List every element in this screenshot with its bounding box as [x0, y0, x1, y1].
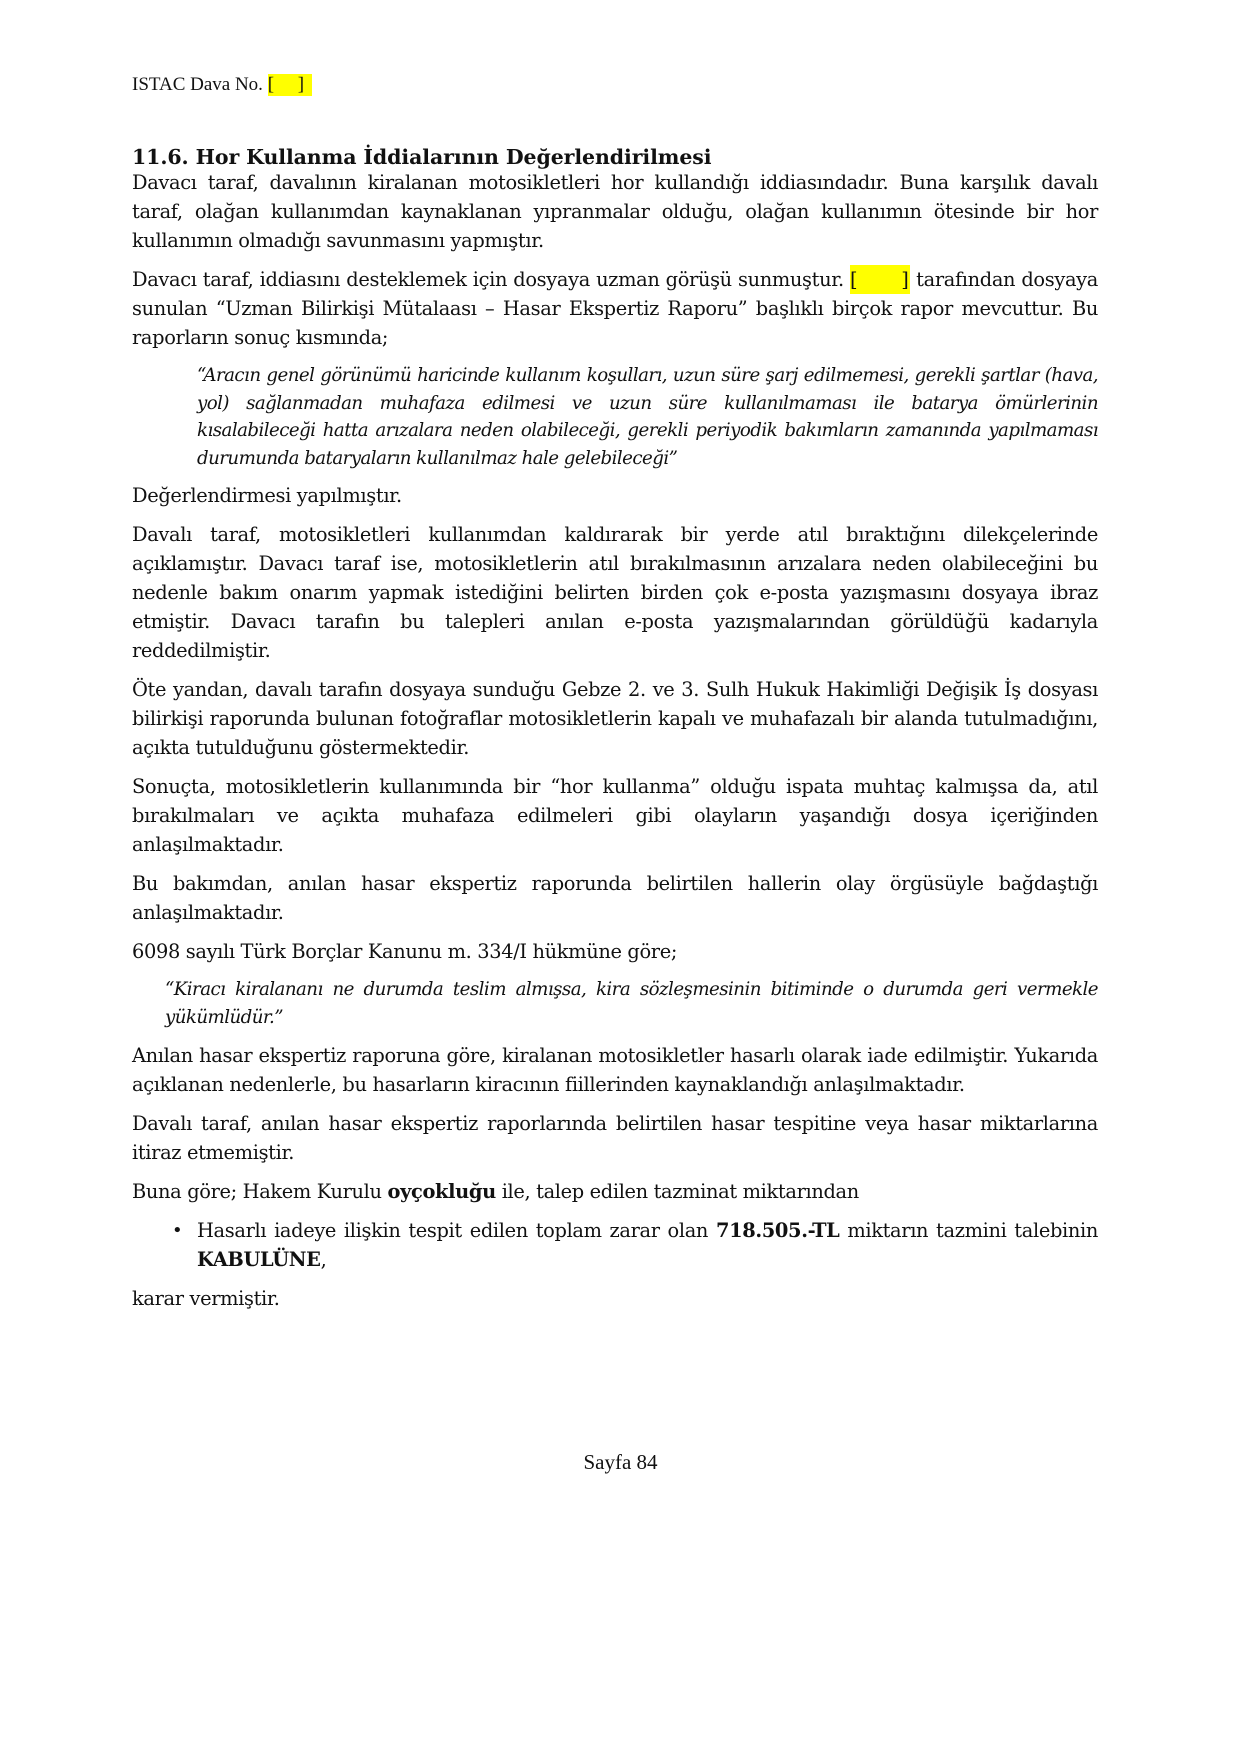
paragraph: Değerlendirmesi yapılmıştır.	[132, 481, 1098, 510]
paragraph: Davalı taraf, motosikletleri kullanımdan…	[132, 520, 1098, 665]
bullet-icon: •	[172, 1216, 182, 1245]
paragraph: 6098 sayılı Türk Borçlar Kanunu m. 334/I…	[132, 937, 1098, 966]
expert-name-placeholder: []	[850, 265, 910, 294]
paragraph: Öte yandan, davalı tarafın dosyaya sundu…	[132, 675, 1098, 762]
section-body: Davacı taraf, davalının kiralanan motosi…	[132, 168, 1098, 1323]
paragraph: Davacı taraf, iddiasını desteklemek için…	[132, 265, 1098, 352]
paragraph: Bu bakımdan, anılan hasar ekspertiz rapo…	[132, 869, 1098, 927]
paragraph: Buna göre; Hakem Kurulu oyçokluğu ile, t…	[132, 1177, 1098, 1206]
block-quote: “Aracın genel görünümü haricinde kullanı…	[197, 362, 1098, 472]
case-number-label: ISTAC Dava No.	[132, 74, 263, 95]
page-number: Sayfa 84	[0, 1450, 1241, 1475]
majority-vote-text: oyçokluğu	[388, 1180, 496, 1203]
section-heading: 11.6. Hor Kullanma İddialarının Değerlen…	[132, 145, 711, 169]
decision-list: • Hasarlı iadeye ilişkin tespit edilen t…	[132, 1216, 1098, 1274]
paragraph: Davalı taraf, anılan hasar ekspertiz rap…	[132, 1109, 1098, 1167]
decision-text: KABULÜNE	[197, 1248, 321, 1271]
paragraph: Sonuçta, motosikletlerin kullanımında bi…	[132, 772, 1098, 859]
paragraph: karar vermiştir.	[132, 1284, 1098, 1313]
law-quote: “Kiracı kiralananı ne durumda teslim alm…	[165, 976, 1098, 1032]
paragraph: Anılan hasar ekspertiz raporuna göre, ki…	[132, 1041, 1098, 1099]
case-number-placeholder: [ ]	[268, 74, 312, 96]
damage-amount: 718.505.-TL	[716, 1219, 840, 1242]
paragraph: Davacı taraf, davalının kiralanan motosi…	[132, 168, 1098, 255]
document-page: ISTAC Dava No. [ ] 11.6. Hor Kullanma İd…	[0, 0, 1241, 1755]
list-item: • Hasarlı iadeye ilişkin tespit edilen t…	[132, 1216, 1098, 1274]
page-header: ISTAC Dava No. [ ]	[132, 74, 312, 96]
